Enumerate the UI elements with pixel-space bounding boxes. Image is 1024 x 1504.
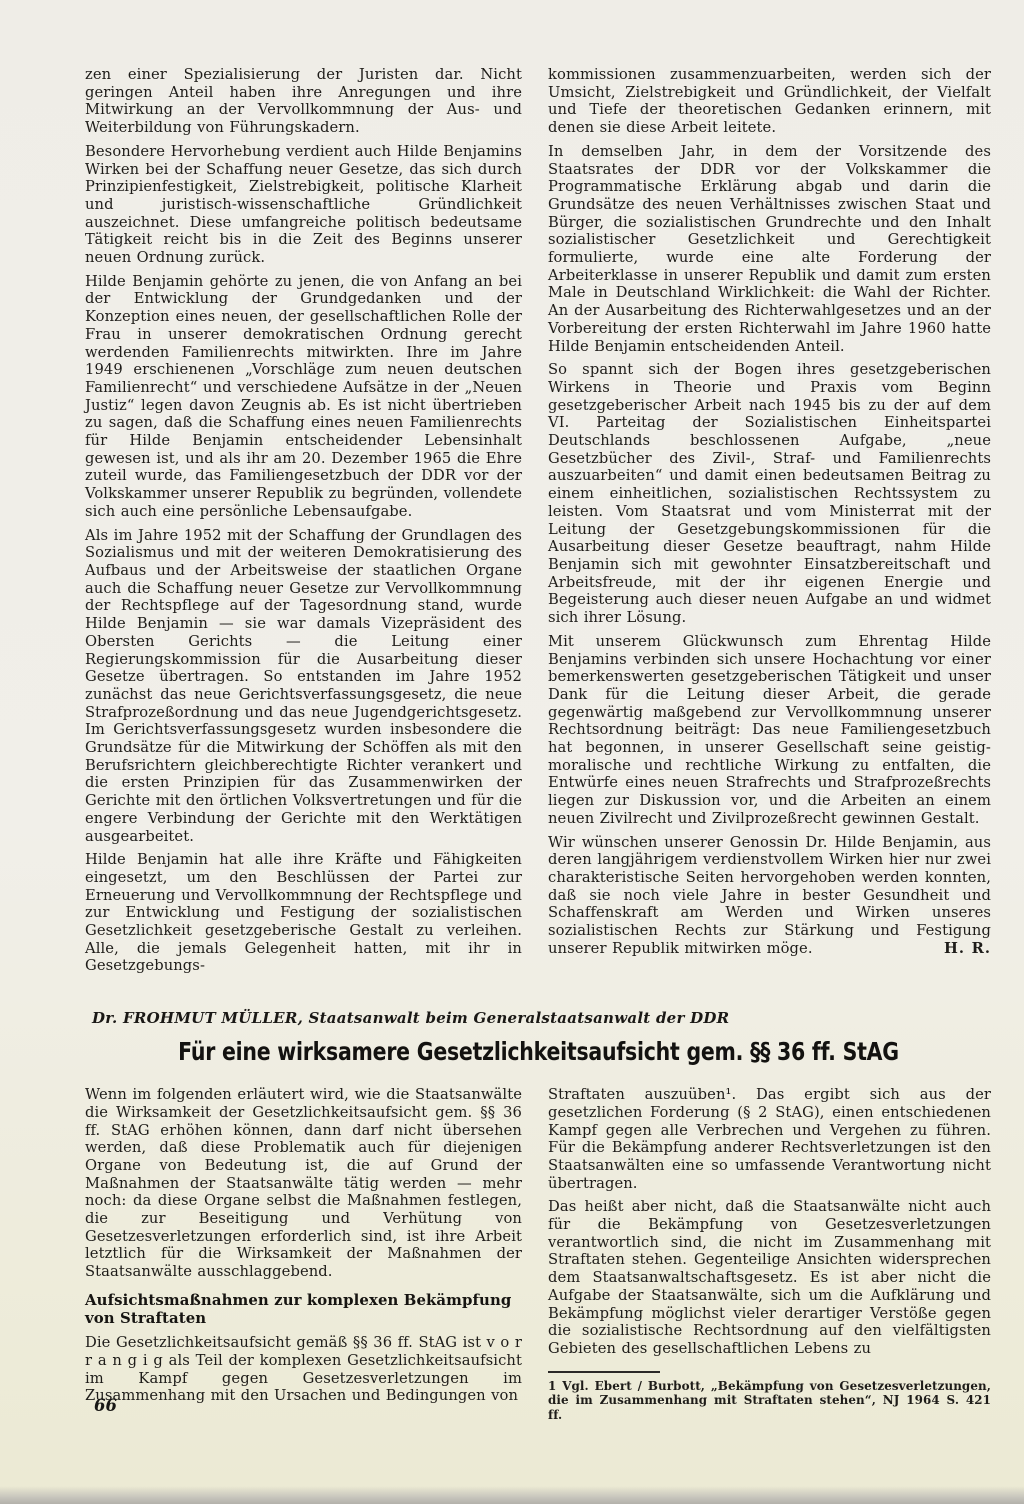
paragraph: Mit unserem Glückwunsch zum Ehrentag Hil… [548,633,991,828]
footnote-rule [548,1371,660,1373]
author-byline: Dr. FROHMUT MÜLLER, Staatsanwalt beim Ge… [92,1009,991,1027]
scan-bottom-edge [0,1486,1024,1504]
paragraph: Wenn im folgenden erläutert wird, wie di… [85,1086,522,1281]
article-title: Für eine wirksamere Gesetzlichkeitsaufsi… [85,1037,991,1066]
section-heading: Aufsichtsmaßnahmen zur komplexen Bekämpf… [85,1292,522,1327]
article1-columns: zen einer Spezialisierung der Juristen d… [85,66,991,975]
paragraph: Das heißt aber nicht, daß die Staatsanwä… [548,1198,991,1357]
paragraph: Die Gesetzlichkeitsaufsicht gemäß §§ 36 … [85,1334,522,1405]
paragraph: Hilde Benjamin gehörte zu jenen, die von… [85,273,522,521]
article1-right-column: kommissionen zusammenzuarbeiten, werden … [548,66,991,957]
paragraph: zen einer Spezialisierung der Juristen d… [85,66,522,137]
paragraph: Straftaten auszuüben¹. Das ergibt sich a… [548,1086,991,1192]
paragraph: kommissionen zusammenzuarbeiten, werden … [548,66,991,137]
scanned-journal-page: zen einer Spezialisierung der Juristen d… [0,0,1024,1504]
page-number: 66 [94,1396,117,1415]
footnote-text: 1 Vgl. Ebert / Burbott, „Bekämpfung von … [548,1379,991,1423]
closing-paragraph: Wir wünschen unserer Genossin Dr. Hilde … [548,834,991,958]
author-initials: H. R. [944,940,991,958]
article-gesetzlichkeitsaufsicht: Wenn im folgenden erläutert wird, wie di… [85,1086,991,1422]
article2-right-column: Straftaten auszuüben¹. Das ergibt sich a… [548,1086,991,1422]
article1-left-column: zen einer Spezialisierung der Juristen d… [85,66,522,975]
article-hilde-benjamin: zen einer Spezialisierung der Juristen d… [85,66,991,975]
paragraph: In demselben Jahr, in dem der Vorsitzend… [548,143,991,355]
article-title-text: Für eine wirksamere Gesetzlichkeitsaufsi… [178,1037,899,1066]
paragraph: Als im Jahre 1952 mit der Schaffung der … [85,527,522,846]
article2-left-column: Wenn im folgenden erläutert wird, wie di… [85,1086,522,1405]
page-content: zen einer Spezialisierung der Juristen d… [85,66,991,1422]
footnote: 1 Vgl. Ebert / Burbott, „Bekämpfung von … [548,1371,991,1423]
paragraph: So spannt sich der Bogen ihres gesetzgeb… [548,361,991,627]
paragraph: Hilde Benjamin hat alle ihre Kräfte und … [85,851,522,975]
article2-columns: Wenn im folgenden erläutert wird, wie di… [85,1086,991,1422]
paragraph-text: Wir wünschen unserer Genossin Dr. Hilde … [548,834,991,957]
paragraph: Besondere Hervorhebung verdient auch Hil… [85,143,522,267]
